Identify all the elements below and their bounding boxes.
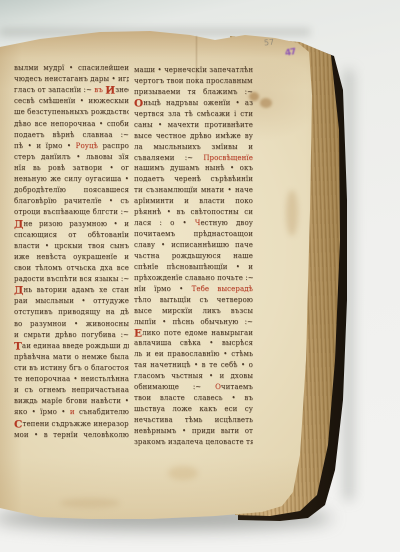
ink-text: чертогъ твои пока прославными [134,77,253,85]
ink-text: раи мысльныи • оттудуже [14,297,129,305]
text-line: подаетъ черенѣ сърѣвѣинїи [134,174,253,185]
parchment-stain [260,98,272,108]
ink-text: распро [98,142,129,150]
ink-text: саны • мачехти противнѣите [134,121,253,129]
text-line: ль и еи православнїю • стѣмь [134,349,253,360]
text-line: Таи единаа введе рождьши дво [14,341,129,352]
ink-text: арїиминти и власти поко [134,197,253,205]
ink-text: почитаемъ прѣднастоащои [134,230,253,238]
ink-text: ль и еи православнїю • стѣмь [134,350,253,358]
text-line: славу • исписаннѣишю паче [134,240,253,251]
pencil-folio-number: 57 [264,37,275,47]
text-line: подаетъ вѣрнѣ славнаа :~ [14,130,129,141]
ink-text: благовѣрїю рачителїе • съ [14,197,129,205]
text-line: спсающися от обѣтованїи [14,230,129,241]
parchment-stain [168,466,198,480]
ink-text: нїя вь ровѣ затвори • ог [14,164,129,172]
ink-text: твои власте славесь • въ [134,394,253,402]
text-line: во разумнои • живоносны [14,319,129,330]
text-line: раи мысльныи • оттудуже [14,296,129,307]
ink-text: те непорочнаа • неистьлѣнна [14,375,129,383]
ink-text: сесвѣ смѣшенїи • июжескыи [14,97,129,105]
text-line: нечьстива тѣмь исцѣлветь [134,415,253,426]
text-line: виждь марїе бгови навѣсти • [14,396,129,407]
ink-text: съваляеми :~ [134,154,203,162]
text-line: ла мысльныихъ змїивы и [134,142,253,153]
ink-text: нашимъ душамъ нынѣ • окъ [134,164,253,172]
text-line: призываеми тя блажимъ :~ [134,87,253,98]
text-line: чьстна рождьшуюся наше [134,251,253,262]
ink-text: тепени съдръжже инеразори [22,420,129,428]
ink-text: естную двоу [200,219,253,227]
text-line: Степени съдръжже инеразори [14,419,129,430]
text-line: свои тѣломъ отчьска дха все [14,263,129,274]
text-line: маши • чернечскїи запечатлѣнныи [134,65,253,76]
ink-text: чьстна рождьшуюся наше [134,252,253,260]
text-line: высе честное дрѣво имѣже ву [134,131,253,142]
ink-text: стеръ данїилъ • львовы зїя [14,153,129,161]
ink-text: дѣво все непорочнаа • споби [14,120,129,128]
text-line: шьствуа ложе какъ еси су [134,404,253,415]
text-column-left: вылми мудрї • спасилейшеичюдесъ неистага… [14,63,129,441]
ink-text: маши • чернечскїи запечатлѣнныи [134,66,253,74]
ink-text: призываеми тя блажимъ :~ [134,88,253,96]
ink-text: иже невѣста оукрашенїе и [14,253,129,261]
text-line: саны • мачехти противнѣите [134,120,253,131]
text-line: нашимъ душамъ нынѣ • окъ [134,163,253,174]
ink-text: неньную же силу оугасиша • [14,175,129,183]
ink-text: сти въ истину бгъ о благостоя [14,364,129,372]
text-line: дѣво все непорочнаа • споби [14,119,129,130]
text-line: тѣло вытьщїи съ четверою [134,295,253,306]
text-line: арїиминти и власти поко [134,196,253,207]
ink-text: ньцѣ надръвы оженїи • аз [143,99,253,107]
text-line: Дне ризою разумною • и [14,219,129,230]
ink-text: мои • в тернїи человѣколю [14,431,129,439]
text-line: чертогъ твои пока прославными [134,76,253,87]
text-line: лыпїи • пѣснь обычьную :~ [134,317,253,328]
text-line: ти съзнамлющїи мнати • наче [134,185,253,196]
text-line: Днь вьтории адамъ хе стан [14,285,129,296]
text-line: яко • їрмо • и сънабдителю [14,407,129,418]
text-line: тая начетницѣ • в те себѣ • о [134,360,253,371]
ink-text: чертвся зла тѣ смѣсажи і сти [134,110,253,118]
ink-text: тая начетницѣ • в те себѣ • о [134,361,253,369]
ink-text: виждь марїе бгови навѣсти • [14,397,129,405]
ink-text: высе честное дрѣво имѣже ву [134,132,253,140]
text-line: невѣрнымъ • приди выти от [134,426,253,437]
ink-text: подаетъ вѣрнѣ славнаа :~ [14,131,129,139]
ink-text: пѣ • и їрмо • [14,142,76,150]
ink-text: свои тѣломъ отчьска дха все [14,264,129,272]
text-line: Елико поте едоме навырыгаи [134,328,253,339]
text-line: чертвся зла тѣ смѣсажи і сти [134,109,253,120]
text-line: сесвѣ смѣшенїи • июжескыи [14,96,129,107]
ink-text: прѣвѣчна мати о немже была [14,353,129,361]
ink-text: зракомъ издалеча целовасте тя :~ [134,438,253,446]
text-line: Оньцѣ надръвы оженїи • аз [134,98,253,109]
ink-text: сънабдителю [79,408,129,416]
text-line: почитаемъ прѣднастоащои [134,229,253,240]
ink-text: нь вьтории адамъ хе стан [23,286,129,294]
ink-text: яко • їрмо • [14,408,70,416]
ink-text: знесе ча [115,86,129,94]
ink-text: славу • исписаннѣишю паче [134,241,253,249]
rubric-text: Тебе высерадѣ [192,285,253,293]
ink-text: гласъ от запаснїи :~ [14,86,94,94]
ink-text: не ризою разумною • и [23,220,129,228]
text-line: зракомъ издалеча целовасте тя :~ [134,437,253,448]
text-line: ше безступеньныхъ рождьство [14,107,129,118]
rubric-text: О [134,98,143,109]
rubric-text: Е [134,328,142,339]
text-line: сти въ истину бгъ о благостоя [14,363,129,374]
text-line: благовѣрїю рачителїе • съ [14,196,129,207]
ink-text: спѣнїе пѣсновыпѣющїи • и [134,263,253,271]
manuscript-photo: 57 47 вылми мудрї • спасилейшеичюдесъ не… [0,0,400,552]
ink-text: авлачиша свѣка • высрѣся [134,339,253,347]
parchment-stain [286,190,298,236]
text-line: вылми мудрї • спасилейшеи [14,63,129,74]
text-line: чюдесъ неистаганъ дары • игду [14,74,129,85]
text-line: нїи їрмо • Тебе высерадѣ [134,284,253,295]
text-line: гласъ от запаснїи :~ въ Изнесе ча [14,85,129,96]
text-line: мои • в тернїи человѣколю [14,430,129,441]
ink-text: спсающися от обѣтованїи [14,231,129,239]
ink-text: радости въспѣти вся языкы :~ [14,275,129,283]
text-line: съваляеми :~ Просвѣщенїе [134,153,253,164]
ink-text: прѣхожденїе славьно почьте :~ [134,274,253,282]
rubric-text: Т [14,341,22,352]
ink-text: рѣяннѣ • въ свѣтопостны си [134,208,253,216]
text-line: и съ огнемъ непричастьнаа [14,385,129,396]
text-line: власти • црскыи твоя сынъ [14,241,129,252]
text-line: отступивъ приводящу на дѣ [14,307,129,318]
ink-text: гласомъ чьстныя • и дховы [134,372,253,380]
ink-text: ше безступеньныхъ рождьство [14,108,129,116]
rubric-text: въ [94,86,105,94]
text-line: рѣяннѣ • въ свѣтопостны си [134,207,253,218]
ink-text: и смрьти дрѣво погубива :~ [14,331,129,339]
ink-text: добродѣтелїю поясавшеся [14,186,129,194]
ink-text: лася : о • [134,219,195,227]
ink-text: ла мысльныихъ змїивы и [134,143,253,151]
text-line: обнимающе :~ Очитаемъ [134,382,253,393]
ink-text: нїи їрмо • [134,285,192,293]
text-line: лася : о • Честную двоу [134,218,253,229]
parchment-stain [60,498,120,508]
text-line: стеръ данїилъ • львовы зїя [14,152,129,163]
ink-text: лико поте едоме навырыгаи [142,329,253,337]
ink-text: власти • црскыи твоя сынъ [14,242,129,250]
text-line: авлачиша свѣка • высрѣся [134,338,253,349]
ink-text: отступивъ приводящу на дѣ [14,308,129,316]
text-line: прѣвѣчна мати о немже была [14,352,129,363]
text-line: иже невѣста оукрашенїе и [14,252,129,263]
ink-text: высе мирскїи ликъ възсы [134,307,253,315]
text-line: добродѣтелїю поясавшеся [14,185,129,196]
ink-text: аи единаа введе рождьши дво [22,342,129,350]
text-line: радости въспѣти вся языкы :~ [14,274,129,285]
text-line: высе мирскїи ликъ възсы [134,306,253,317]
ink-text: лыпїи • пѣснь обычьную :~ [134,318,253,326]
ink-text: обнимающе :~ [134,383,215,391]
text-line: гласомъ чьстныя • и дховы [134,371,253,382]
rubric-text: Роуцѣ [76,142,98,150]
ink-text: ти съзнамлющїи мнати • наче [134,186,253,194]
ink-text: и съ огнемъ непричастьнаа [14,386,129,394]
text-line: твои власте славесь • въ [134,393,253,404]
rubric-text: И [105,85,115,96]
ink-text: читаемъ [221,383,253,391]
rubric-text: и [70,408,79,416]
ink-text: невѣрнымъ • приди выти от [134,427,253,435]
text-line: нїя вь ровѣ затвори • ог [14,163,129,174]
text-line: неньную же силу оугасиша • [14,174,129,185]
text-line: отроци въспѣвающе блгсти :~ [14,207,129,218]
text-line: прѣхожденїе славьно почьте :~ [134,273,253,284]
text-line: те непорочнаа • неистьлѣнна [14,374,129,385]
ink-text: чюдесъ неистаганъ дары • игду [14,75,129,83]
text-line: спѣнїе пѣсновыпѣющїи • и [134,262,253,273]
text-line: пѣ • и їрмо • Роуцѣ распро [14,141,129,152]
purple-folio-stamp: 47 [284,47,296,59]
ink-text: шьствуа ложе какъ еси су [134,405,253,413]
ink-text: нечьстива тѣмь исцѣлветь [134,416,253,424]
ink-text: подаетъ черенѣ сърѣвѣинїи [134,175,253,183]
ink-text: отроци въспѣвающе блгсти :~ [14,208,129,216]
text-line: и смрьти дрѣво погубива :~ [14,330,129,341]
text-column-right: маши • чернечскїи запечатлѣнныичертогъ т… [134,65,253,448]
ink-text: вылми мудрї • спасилейшеи [14,64,129,72]
ink-text: тѣло вытьщїи съ четверою [134,296,253,304]
rubric-text: Просвѣщенїе [203,154,253,162]
ink-text: во разумнои • живоносны [14,320,129,328]
